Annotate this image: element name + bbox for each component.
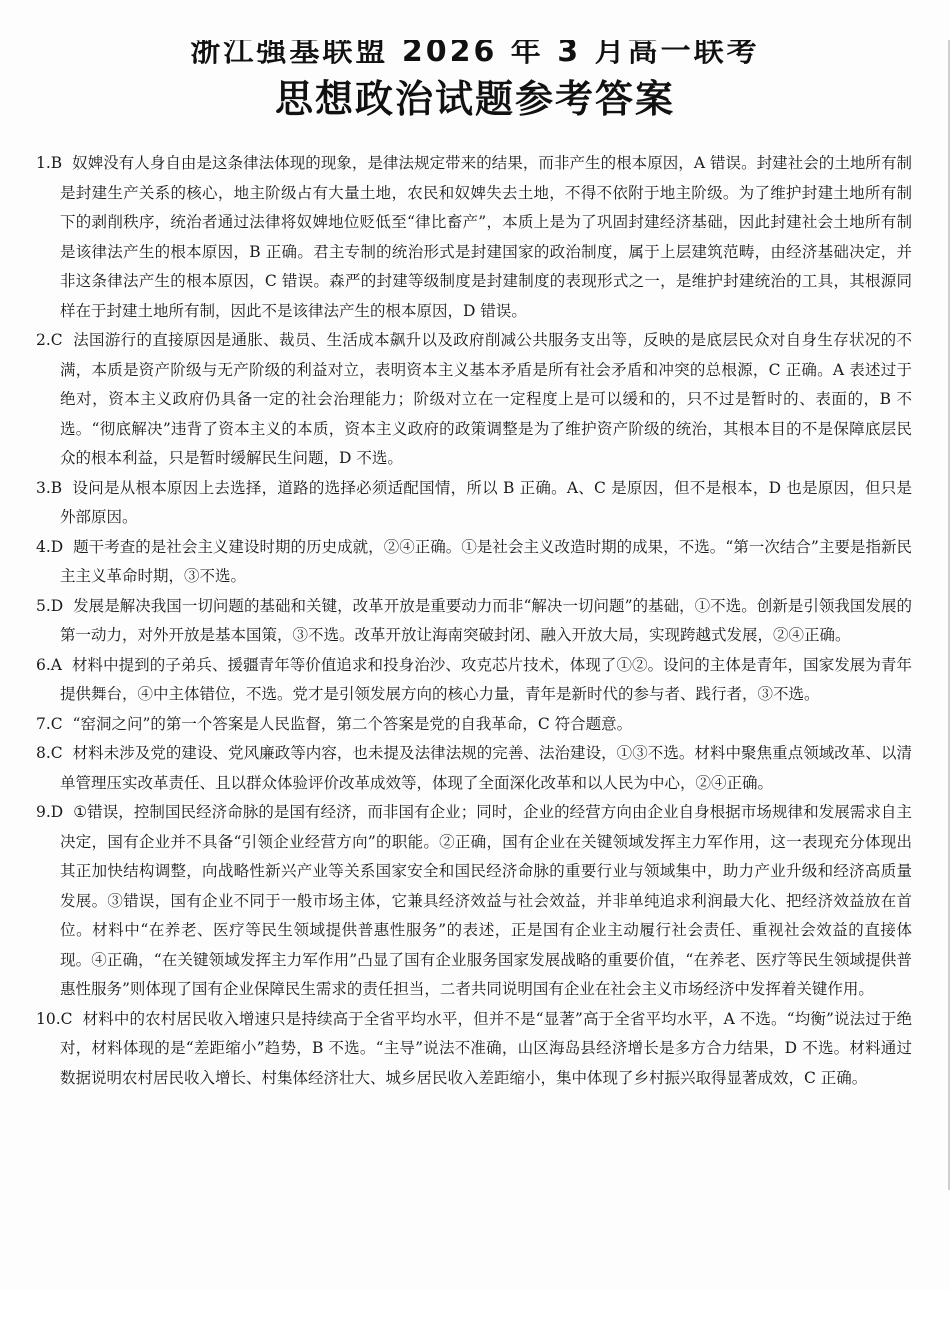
answer-explanation: 材料未涉及党的建设、党风廉政等内容，也未提及法律法规的完善、法治建设，①③不选。…: [60, 744, 912, 792]
answer-number: 8.C: [36, 744, 63, 762]
exam-header-line: 浙江强基联盟 2026 年 3 月高一联考: [0, 40, 950, 64]
answer-item-3: 3.B 设问是从根本原因上去选择，道路的选择必须适配国情，所以 B 正确。A、C…: [36, 474, 912, 533]
answer-number: 9.D: [36, 803, 63, 821]
answer-item-2: 2.C 法国游行的直接原因是通胀、裁员、生活成本飙升以及政府削减公共服务支出等，…: [36, 326, 912, 474]
answer-explanation: 材料中的农村居民收入增速只是持续高于全省平均水平，但并不是“显著”高于全省平均水…: [60, 1010, 912, 1087]
answer-item-10: 10.C 材料中的农村居民收入增速只是持续高于全省平均水平，但并不是“显著”高于…: [36, 1005, 912, 1094]
answer-number: 2.C: [36, 331, 63, 349]
answer-item-1: 1.B 奴婢没有人身自由是这条律法体现的现象，是律法规定带来的结果，而非产生的根…: [36, 149, 912, 326]
answer-number: 7.C: [36, 715, 63, 733]
answer-explanation: 法国游行的直接原因是通胀、裁员、生活成本飙升以及政府削减公共服务支出等，反映的是…: [60, 331, 912, 467]
answer-item-5: 5.D 发展是解决我国一切问题的基础和关键，改革开放是重要动力而非“解决一切问题…: [36, 592, 912, 651]
answer-number: 1.B: [36, 154, 62, 172]
answer-item-8: 8.C 材料未涉及党的建设、党风廉政等内容，也未提及法律法规的完善、法治建设，①…: [36, 739, 912, 798]
answer-explanation: ①错误，控制国民经济命脉的是国有经济，而非国有企业；同时，企业的经营方向由企业自…: [60, 803, 912, 998]
answer-number: 3.B: [36, 479, 62, 497]
answer-number: 5.D: [36, 597, 63, 615]
answer-explanation: 题干考查的是社会主义建设时期的历史成就，②④正确。①是社会主义改造时期的成果，不…: [60, 538, 912, 586]
answer-number: 4.D: [36, 538, 63, 556]
answer-explanation: 设问是从根本原因上去选择，道路的选择必须适配国情，所以 B 正确。A、C 是原因…: [60, 479, 912, 527]
answer-number: 10.C: [36, 1010, 73, 1028]
page-bottom-crop: [0, 1290, 950, 1343]
answer-item-6: 6.A 材料中提到的子弟兵、援疆青年等价值追求和投身治沙、攻克芯片技术，体现了①…: [36, 651, 912, 710]
answer-explanation: “窑洞之问”的第一个答案是人民监督，第二个答案是党的自我革命，C 符合题意。: [73, 715, 633, 733]
answer-item-4: 4.D 题干考查的是社会主义建设时期的历史成就，②④正确。①是社会主义改造时期的…: [36, 533, 912, 592]
answer-item-9: 9.D ①错误，控制国民经济命脉的是国有经济，而非国有企业；同时，企业的经营方向…: [36, 798, 912, 1005]
answer-explanation: 发展是解决我国一切问题的基础和关键，改革开放是重要动力而非“解决一切问题”的基础…: [60, 597, 912, 645]
answer-item-7: 7.C “窑洞之问”的第一个答案是人民监督，第二个答案是党的自我革命，C 符合题…: [36, 710, 912, 740]
answer-number: 6.A: [36, 656, 62, 674]
answer-key-page: 浙江强基联盟 2026 年 3 月高一联考 思想政治试题参考答案 1.B 奴婢没…: [0, 0, 950, 1343]
answer-explanation: 材料中提到的子弟兵、援疆青年等价值追求和投身治沙、攻克芯片技术，体现了①②。设问…: [60, 656, 912, 704]
answer-list: 1.B 奴婢没有人身自由是这条律法体现的现象，是律法规定带来的结果，而非产生的根…: [36, 149, 912, 1093]
page-title: 思想政治试题参考答案: [0, 68, 950, 123]
exam-header-clipped: 浙江强基联盟 2026 年 3 月高一联考: [0, 40, 950, 64]
answer-explanation: 奴婢没有人身自由是这条律法体现的现象，是律法规定带来的结果，而非产生的根本原因，…: [60, 154, 912, 320]
